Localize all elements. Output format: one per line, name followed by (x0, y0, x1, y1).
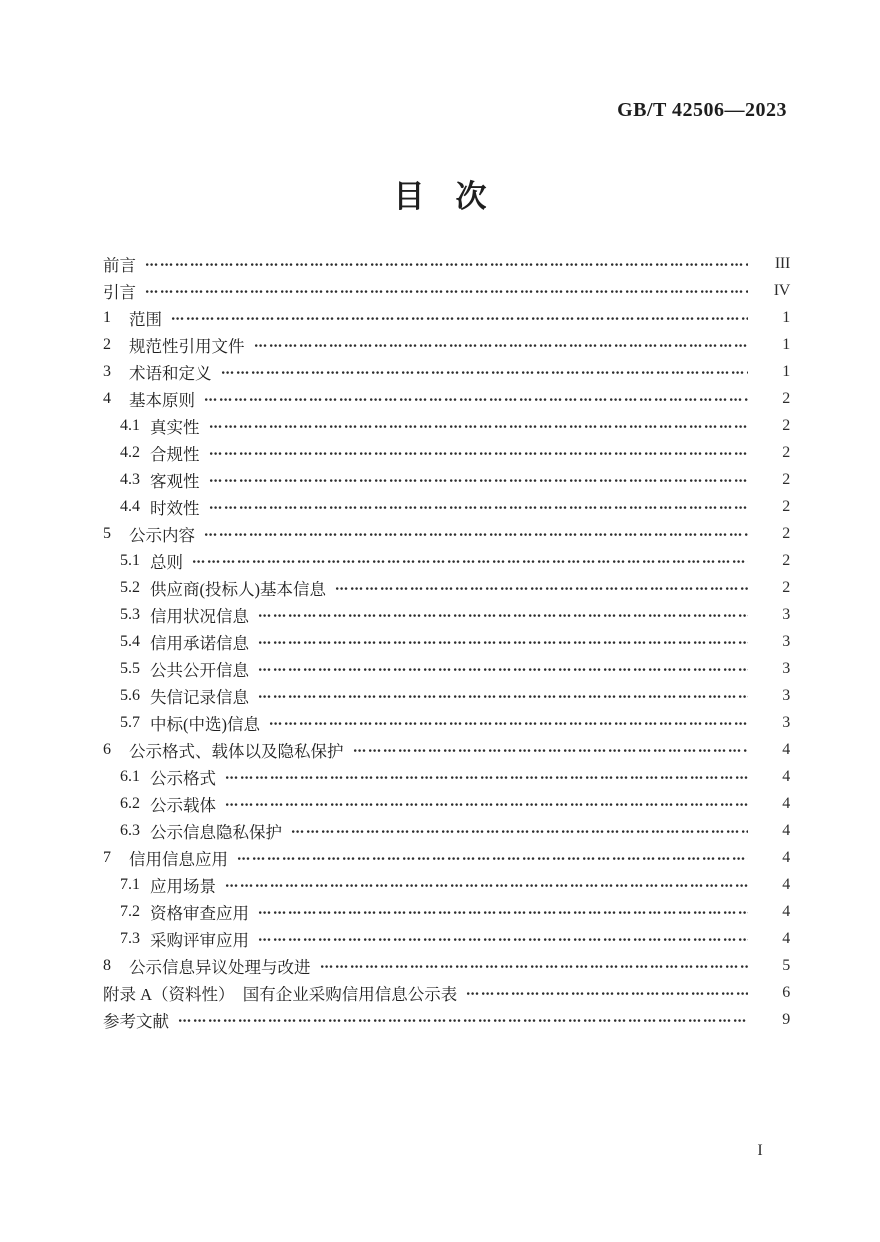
toc-entry-page: 2 (754, 471, 791, 489)
toc-entry: 5.5 公共公开信息 3 (103, 655, 791, 682)
toc-entry: 6 公示格式、载体以及隐私保护 4 (103, 736, 791, 763)
document-page: GB/T 42506—2023 目 次 前言 III 引言 IV 1 范围 1 … (0, 0, 880, 1242)
dot-leader (258, 628, 748, 655)
toc-entry-label: 总则 (150, 549, 183, 573)
toc-entry-page: 1 (754, 336, 791, 354)
toc-entry-label: 资格审查应用 (150, 900, 249, 924)
dot-leader (466, 979, 748, 1006)
dot-leader (254, 331, 749, 358)
toc-entry-label: 公示信息隐私保护 (150, 819, 282, 843)
toc-entry-number: 5.6 (120, 687, 150, 705)
toc-entry-page: 9 (754, 1011, 791, 1029)
toc-entry-number: 5.2 (120, 579, 150, 597)
toc-entry-number: 4 (103, 390, 129, 408)
dot-leader (192, 547, 748, 574)
toc-entry: 参考文献 9 (103, 1006, 791, 1033)
toc-entry-page: 1 (754, 309, 791, 327)
toc-entry-number: 5.5 (120, 660, 150, 678)
toc-entry-number: 7.3 (120, 930, 150, 948)
toc-entry: 附录 A（资料性） 国有企业采购信用信息公示表 6 (103, 979, 791, 1006)
dot-leader (269, 709, 748, 736)
toc-entry-label: 公示格式 (150, 765, 216, 789)
toc-entry: 7.3 采购评审应用 4 (103, 925, 791, 952)
toc-entry-label: 规范性引用文件 (129, 333, 245, 357)
toc-entry-label: 基本原则 (129, 387, 195, 411)
toc-entry-label: 信用承诺信息 (150, 630, 249, 654)
toc-entry-label: 参考文献 (103, 1008, 169, 1032)
toc-entry-label: 采购评审应用 (150, 927, 249, 951)
toc-entry-page: 2 (754, 417, 791, 435)
toc-entry-page: 4 (754, 876, 791, 894)
dot-leader (225, 871, 748, 898)
dot-leader (204, 520, 748, 547)
dot-leader (145, 250, 748, 277)
dot-leader (145, 277, 748, 304)
toc-entry-number: 7.2 (120, 903, 150, 921)
toc-entry: 4.4 时效性 2 (103, 493, 791, 520)
toc-entry-label: 应用场景 (150, 873, 216, 897)
toc-entry-page: 6 (754, 984, 791, 1002)
toc-entry-page: 2 (754, 498, 791, 516)
toc-entry-label: 信用状况信息 (150, 603, 249, 627)
toc-entry-label: 公示信息异议处理与改进 (129, 954, 311, 978)
dot-leader (209, 439, 749, 466)
toc-entry: 5.6 失信记录信息 3 (103, 682, 791, 709)
toc-entry-number: 6.3 (120, 822, 150, 840)
toc-entry: 1 范围 1 (103, 304, 791, 331)
toc-entry-number: 8 (103, 957, 129, 975)
toc-entry-number: 5.3 (120, 606, 150, 624)
toc-entry: 前言 III (103, 250, 791, 277)
toc-entry-label: 时效性 (150, 495, 200, 519)
toc-entry: 6.2 公示载体 4 (103, 790, 791, 817)
toc-entry-page: 3 (754, 687, 791, 705)
toc-entry: 5.2 供应商(投标人)基本信息 2 (103, 574, 791, 601)
page-title: 目 次 (0, 179, 880, 215)
toc-entry-label: 真实性 (150, 414, 200, 438)
toc-entry-page: 3 (754, 606, 791, 624)
toc-entry: 5.3 信用状况信息 3 (103, 601, 791, 628)
toc-entry-label: 附录 A（资料性） 国有企业采购信用信息公示表 (103, 981, 457, 1005)
dot-leader (258, 682, 748, 709)
toc-entry: 5.7 中标(中选)信息 3 (103, 709, 791, 736)
toc-entry-label: 信用信息应用 (129, 846, 228, 870)
toc-entry-number: 5.4 (120, 633, 150, 651)
toc-entry-page: 3 (754, 660, 791, 678)
dot-leader (209, 412, 749, 439)
toc-entry-page: 4 (754, 741, 791, 759)
toc-entry-label: 前言 (103, 252, 136, 276)
toc-entry-number: 7 (103, 849, 129, 867)
dot-leader (258, 655, 748, 682)
toc-entry-label: 供应商(投标人)基本信息 (150, 576, 326, 600)
dot-leader (221, 358, 749, 385)
toc-entry-number: 4.2 (120, 444, 150, 462)
dot-leader (258, 925, 748, 952)
toc-entry-page: 3 (754, 633, 791, 651)
toc-entry-page: 4 (754, 795, 791, 813)
toc-entry: 2 规范性引用文件 1 (103, 331, 791, 358)
toc-entry-label: 合规性 (150, 441, 200, 465)
toc-entry-page: 4 (754, 930, 791, 948)
toc-entry-page: 4 (754, 849, 791, 867)
dot-leader (258, 601, 748, 628)
table-of-contents: 前言 III 引言 IV 1 范围 1 2 规范性引用文件 1 3 术语和定义 … (103, 250, 791, 1033)
dot-leader (171, 304, 748, 331)
toc-entry-page: 2 (754, 579, 791, 597)
toc-entry-number: 6 (103, 741, 129, 759)
dot-leader (209, 493, 749, 520)
standard-number: GB/T 42506—2023 (617, 99, 787, 122)
toc-entry: 7 信用信息应用 4 (103, 844, 791, 871)
dot-leader (320, 952, 749, 979)
toc-entry-page: 4 (754, 903, 791, 921)
toc-entry-number: 6.2 (120, 795, 150, 813)
toc-entry: 6.1 公示格式 4 (103, 763, 791, 790)
toc-entry-label: 术语和定义 (129, 360, 212, 384)
toc-entry-number: 5.1 (120, 552, 150, 570)
toc-entry-label: 公共公开信息 (150, 657, 249, 681)
footer-page-number: I (748, 1142, 772, 1160)
toc-entry: 引言 IV (103, 277, 791, 304)
toc-entry-page: 4 (754, 768, 791, 786)
toc-entry: 5.4 信用承诺信息 3 (103, 628, 791, 655)
toc-entry: 3 术语和定义 1 (103, 358, 791, 385)
toc-entry: 5.1 总则 2 (103, 547, 791, 574)
toc-entry-page: 2 (754, 552, 791, 570)
toc-entry-label: 失信记录信息 (150, 684, 249, 708)
dot-leader (225, 763, 748, 790)
toc-entry-page: 2 (754, 444, 791, 462)
dot-leader (237, 844, 748, 871)
dot-leader (258, 898, 748, 925)
toc-entry-number: 4.1 (120, 417, 150, 435)
toc-entry-label: 公示载体 (150, 792, 216, 816)
toc-entry: 6.3 公示信息隐私保护 4 (103, 817, 791, 844)
toc-entry: 7.2 资格审查应用 4 (103, 898, 791, 925)
toc-entry-number: 2 (103, 336, 129, 354)
toc-entry-label: 公示格式、载体以及隐私保护 (129, 738, 344, 762)
dot-leader (209, 466, 749, 493)
toc-entry-label: 引言 (103, 279, 136, 303)
toc-entry: 8 公示信息异议处理与改进 5 (103, 952, 791, 979)
toc-entry-page: 2 (754, 525, 791, 543)
toc-entry-label: 范围 (129, 306, 162, 330)
toc-entry: 4.1 真实性 2 (103, 412, 791, 439)
toc-entry-number: 5 (103, 525, 129, 543)
toc-entry-label: 公示内容 (129, 522, 195, 546)
toc-entry: 4 基本原则 2 (103, 385, 791, 412)
toc-entry-page: 5 (754, 957, 791, 975)
toc-entry: 7.1 应用场景 4 (103, 871, 791, 898)
dot-leader (204, 385, 748, 412)
toc-entry: 4.2 合规性 2 (103, 439, 791, 466)
toc-entry-number: 1 (103, 309, 129, 327)
toc-entry-page: 2 (754, 390, 791, 408)
toc-entry: 4.3 客观性 2 (103, 466, 791, 493)
toc-entry: 5 公示内容 2 (103, 520, 791, 547)
dot-leader (335, 574, 748, 601)
toc-entry-number: 3 (103, 363, 129, 381)
dot-leader (353, 736, 749, 763)
toc-entry-page: 4 (754, 822, 791, 840)
toc-entry-number: 5.7 (120, 714, 150, 732)
toc-entry-page: 3 (754, 714, 791, 732)
toc-entry-label: 客观性 (150, 468, 200, 492)
dot-leader (291, 817, 748, 844)
toc-entry-number: 6.1 (120, 768, 150, 786)
toc-entry-number: 7.1 (120, 876, 150, 894)
toc-entry-page: 1 (754, 363, 791, 381)
dot-leader (178, 1006, 748, 1033)
toc-entry-label: 中标(中选)信息 (150, 711, 260, 735)
toc-entry-number: 4.4 (120, 498, 150, 516)
dot-leader (225, 790, 748, 817)
toc-entry-number: 4.3 (120, 471, 150, 489)
toc-entry-page: III (754, 255, 791, 273)
toc-entry-page: IV (754, 282, 791, 300)
